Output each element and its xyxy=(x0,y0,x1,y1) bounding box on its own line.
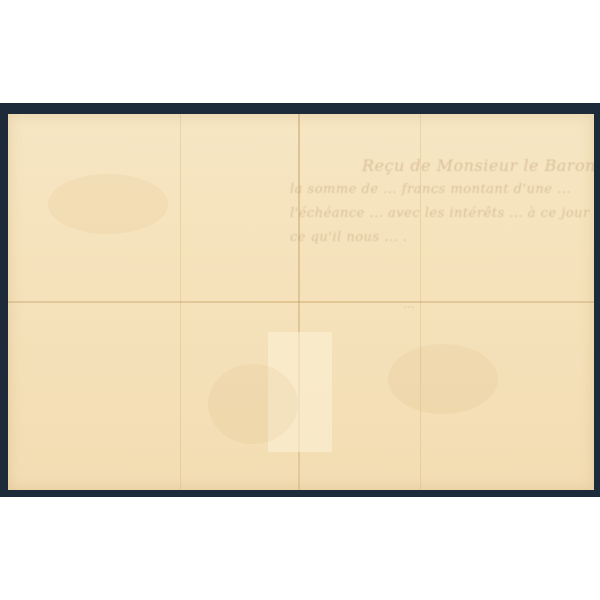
stain xyxy=(208,364,298,444)
paper-sheet: Reçu de Monsieur le Baron d'Andréville l… xyxy=(8,114,594,490)
handwriting-line: l'échéance ... avec les intérêts ... à c… xyxy=(290,202,590,226)
stain xyxy=(388,344,498,414)
handwriting-line: Reçu de Monsieur le Baron d'Andréville xyxy=(290,154,590,178)
handwritten-text: Reçu de Monsieur le Baron d'Andréville l… xyxy=(290,154,590,250)
stain xyxy=(48,174,168,234)
signature: ... xyxy=(403,297,414,311)
handwriting-line: ce qu'il nous ... . xyxy=(290,226,590,250)
horizontal-fold-line xyxy=(8,301,594,303)
handwriting-line: la somme de ... francs montant d'une ... xyxy=(290,178,590,202)
